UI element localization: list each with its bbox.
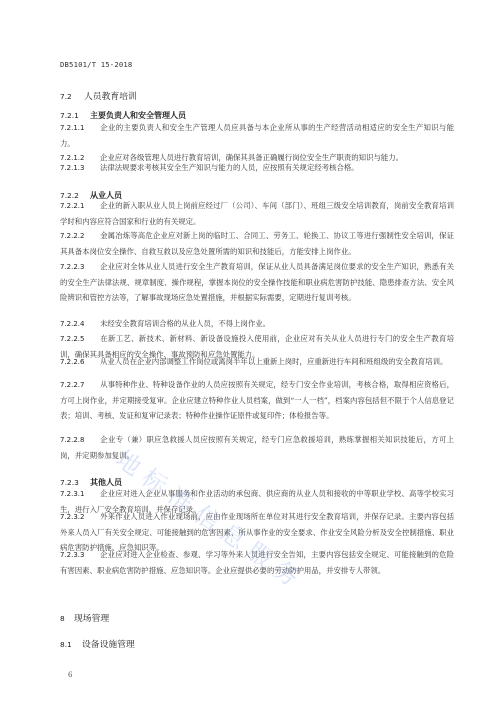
heading-title: 主要负责人和安全管理人员 xyxy=(90,111,186,120)
paragraph-7-2-1-3: 7.2.1.3法律法规要求考核其安全生产知识与能力的人员，应按照有关规定经考核合… xyxy=(60,160,454,176)
paragraph-number: 7.2.2.8 xyxy=(60,433,100,448)
paragraph-text: 从业人员在企业内部调整工作岗位或离岗半年以上重新上岗时，应重新进行车间和班组级的… xyxy=(100,357,447,366)
paragraph-number: 7.2.2.7 xyxy=(60,378,100,393)
page-number: 6 xyxy=(68,671,72,679)
heading-7-2: 7.2人员教育培训 xyxy=(60,84,137,103)
paragraph-7-2-2-6: 7.2.2.6从业人员在企业内部调整工作岗位或离岗半年以上重新上岗时，应重新进行… xyxy=(60,354,454,370)
heading-number: 7.2.1 xyxy=(60,111,90,120)
paragraph-7-2-2-4: 7.2.2.4未经安全教育培训合格的从业人员，不得上岗作业。 xyxy=(60,316,454,332)
paragraph-number: 7.2.3.3 xyxy=(60,548,100,563)
heading-number: 8 xyxy=(60,614,74,623)
heading-title: 设备设施管理 xyxy=(82,640,135,650)
paragraph-text: 金属冶炼等高危企业应对新上岗的临时工、合同工、劳务工、轮换工、协议工等进行强制性… xyxy=(60,231,454,256)
paragraph-7-2-2-7: 7.2.2.7从事特种作业、特种设备作业的人员应按照有关规定，经专门安全作业培训… xyxy=(60,377,454,424)
paragraph-number: 7.2.2.3 xyxy=(60,260,100,275)
paragraph-number: 7.2.2.6 xyxy=(60,355,100,370)
paragraph-number: 7.2.2.5 xyxy=(60,332,100,347)
paragraph-text: 企业的主要负责人和安全生产管理人员应具备与本企业所从事的生产经营活动相适应的安全… xyxy=(60,123,454,148)
paragraph-number: 7.2.2.1 xyxy=(60,199,100,214)
paragraph-number: 7.2.3.2 xyxy=(60,510,100,525)
heading-8-1: 8.1设备设施管理 xyxy=(60,632,135,651)
paragraph-number: 7.2.2.2 xyxy=(60,229,100,244)
paragraph-number: 7.2.1.1 xyxy=(60,121,100,136)
heading-number: 7.2 xyxy=(60,92,84,101)
heading-number: 8.1 xyxy=(60,640,82,649)
paragraph-7-2-2-3: 7.2.2.3企业应对全体从业人员进行安全生产教育培训，保证从业人员具备满足岗位… xyxy=(60,259,454,306)
paragraph-7-2-3-3: 7.2.3.3企业应对进入企业检查、参观、学习等外来人员进行安全告知，主要内容包… xyxy=(60,547,454,578)
paragraph-number: 7.2.1.3 xyxy=(60,161,100,176)
heading-title: 现场管理 xyxy=(74,614,109,624)
paragraph-text: 企业应对进入企业检查、参观、学习等外来人员进行安全告知，主要内容包括安全规定、可… xyxy=(60,550,454,575)
paragraph-number: 7.2.3.1 xyxy=(60,487,100,502)
paragraph-number: 7.2.2.4 xyxy=(60,317,100,332)
paragraph-7-2-2-1: 7.2.2.1企业的新入职从业人员上岗前应经过厂（公司）、车间（部门）、班组三级… xyxy=(60,198,454,229)
paragraph-text: 企业的新入职从业人员上岗前应经过厂（公司）、车间（部门）、班组三级安全培训教育，… xyxy=(60,201,454,226)
heading-8: 8现场管理 xyxy=(60,606,109,625)
paragraph-text: 企业专（兼）职应急救援人员应按照有关规定，经专门应急救援培训，熟练掌握相关知识技… xyxy=(60,435,454,460)
paragraph-7-2-2-8: 7.2.2.8企业专（兼）职应急救援人员应按照有关规定，经专门应急救援培训，熟练… xyxy=(60,432,454,463)
paragraph-text: 企业应对全体从业人员进行安全生产教育培训，保证从业人员具备满足岗位要求的安全生产… xyxy=(60,262,454,302)
paragraph-text: 从事特种作业、特种设备作业的人员应按照有关规定，经专门安全作业培训，考核合格，取… xyxy=(60,380,454,420)
paragraph-7-2-1-1: 7.2.1.1企业的主要负责人和安全生产管理人员应具备与本企业所从事的生产经营活… xyxy=(60,120,454,151)
paragraph-text: 未经安全教育培训合格的从业人员，不得上岗作业。 xyxy=(100,319,270,328)
paragraph-7-2-2-2: 7.2.2.2金属冶炼等高危企业应对新上岗的临时工、合同工、劳务工、轮换工、协议… xyxy=(60,228,454,259)
document-page: DB5101/T 15-2018 7.2人员教育培训 7.2.1主要负责人和安全… xyxy=(0,0,500,707)
document-code: DB5101/T 15-2018 xyxy=(60,60,132,69)
paragraph-text: 法律法规要求考核其安全生产知识与能力的人员，应按照有关规定经考核合格。 xyxy=(100,163,359,172)
heading-title: 人员教育培训 xyxy=(84,92,137,102)
